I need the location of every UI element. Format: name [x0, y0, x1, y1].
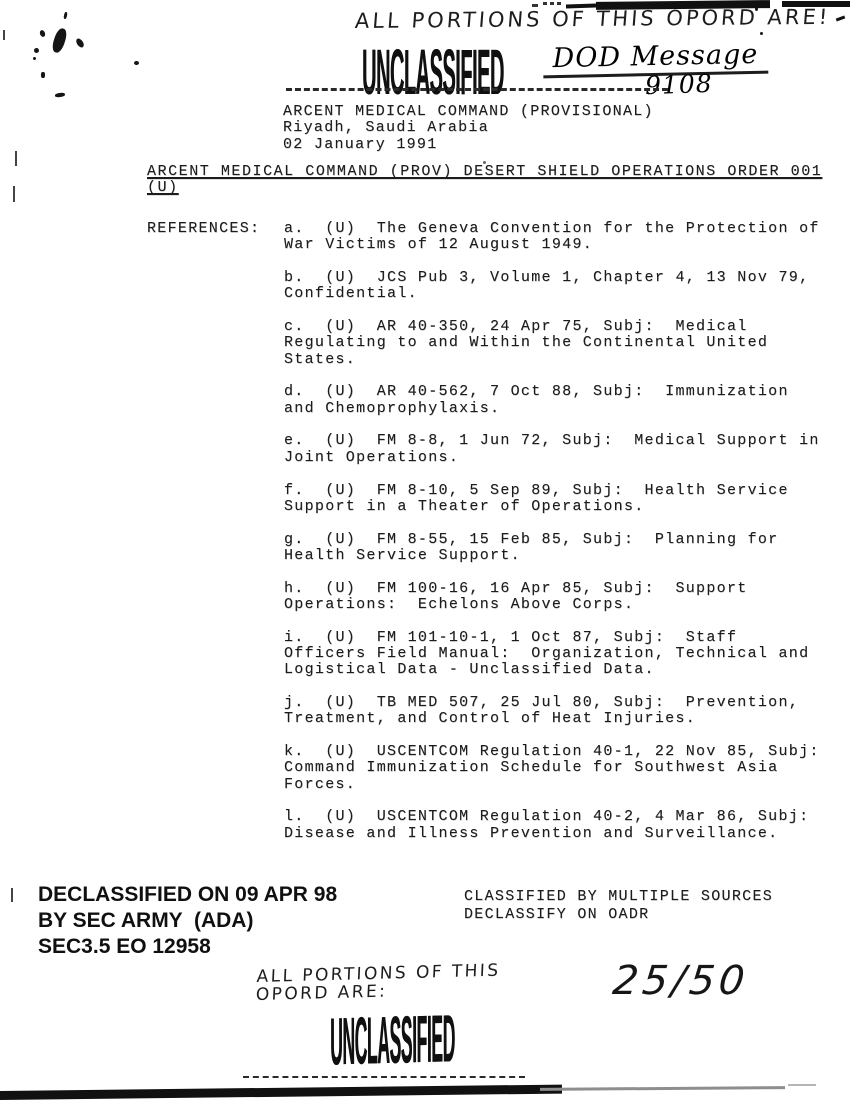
scan-artifact-dot: [543, 2, 547, 5]
document-title-line1: ARCENT MEDICAL COMMAND (PROV) DESERT SHI…: [147, 164, 822, 180]
bottom-dashed-separator: [243, 1076, 525, 1078]
reference-item-f: f. (U) FM 8-10, 5 Sep 89, Subj: Health S…: [284, 483, 850, 516]
scanned-document-page: ALL PORTIONS OF THIS OPORD ARE! UNCLASSI…: [0, 0, 850, 1105]
unclassified-stamp-bottom-text: UNCLASSIFIED: [330, 1003, 455, 1081]
scan-artifact-dash: [836, 16, 845, 22]
declassified-stamp: DECLASSIFIED ON 09 APR 98 BY SEC ARMY (A…: [38, 882, 337, 959]
unclassified-stamp-top-text: UNCLASSIFIED: [362, 38, 504, 110]
ink-mark: [34, 48, 39, 53]
document-title-line2: (U): [147, 180, 822, 196]
classification-note: CLASSIFIED BY MULTIPLE SOURCES DECLASSIF…: [464, 888, 773, 923]
speck: [483, 161, 486, 164]
page-edge-mark: [3, 30, 5, 40]
ink-mark: [41, 72, 45, 78]
reference-item-h: h. (U) FM 100-16, 16 Apr 85, Subj: Suppo…: [284, 581, 850, 614]
ink-smudge: [50, 27, 68, 54]
reference-item-d: d. (U) AR 40-562, 7 Oct 88, Subj: Immuni…: [284, 384, 850, 417]
reference-item-b: b. (U) JCS Pub 3, Volume 1, Chapter 4, 1…: [284, 270, 850, 303]
bottom-handwritten-note: ALL PORTIONS OF THIS OPORD ARE:: [255, 962, 500, 1004]
reference-item-c: c. (U) AR 40-350, 24 Apr 75, Subj: Medic…: [284, 319, 850, 368]
speck: [760, 32, 763, 35]
reference-item-g: g. (U) FM 8-55, 15 Feb 85, Subj: Plannin…: [284, 532, 850, 565]
ink-mark: [39, 29, 46, 37]
ink-mark: [134, 61, 139, 65]
dod-message-number: 9108: [645, 69, 714, 100]
references-list: a. (U) The Geneva Convention for the Pro…: [284, 221, 850, 858]
scan-artifact-dot: [557, 2, 561, 5]
reference-item-j: j. (U) TB MED 507, 25 Jul 80, Subj: Prev…: [284, 695, 850, 728]
scan-artifact-bottom-line: [540, 1086, 785, 1091]
reference-item-e: e. (U) FM 8-8, 1 Jun 72, Subj: Medical S…: [284, 433, 850, 466]
scan-artifact-dot: [550, 2, 554, 5]
page-edge-mark: [13, 186, 15, 202]
reference-item-a: a. (U) The Geneva Convention for the Pro…: [284, 221, 850, 254]
speck: [755, 7, 758, 11]
top-dashed-separator: [286, 88, 668, 91]
page-edge-mark: [15, 151, 17, 166]
page-edge-mark: [11, 888, 13, 902]
unclassified-stamp-bottom: UNCLASSIFIED: [330, 1006, 614, 1051]
document-title: ARCENT MEDICAL COMMAND (PROV) DESERT SHI…: [147, 164, 822, 197]
reference-item-i: i. (U) FM 101-10-1, 1 Oct 87, Subj: Staf…: [284, 630, 850, 679]
ink-mark: [63, 12, 67, 19]
references-label: REFERENCES:: [147, 221, 260, 237]
top-handwritten-note: ALL PORTIONS OF THIS OPORD ARE!: [354, 5, 831, 33]
copy-number: 25/50: [611, 958, 751, 1004]
ink-mark: [75, 37, 86, 49]
reference-item-k: k. (U) USCENTCOM Regulation 40-1, 22 Nov…: [284, 744, 850, 793]
ink-mark: [55, 92, 65, 97]
ink-mark: [33, 57, 36, 60]
scan-artifact-bar: [782, 1, 850, 7]
scan-artifact-bottom-line: [788, 1084, 816, 1086]
scan-artifact-bottom-bar: [0, 1085, 562, 1100]
scan-artifact-dot: [532, 4, 538, 7]
letterhead: ARCENT MEDICAL COMMAND (PROVISIONAL) Riy…: [283, 104, 654, 153]
reference-item-l: l. (U) USCENTCOM Regulation 40-2, 4 Mar …: [284, 809, 850, 842]
